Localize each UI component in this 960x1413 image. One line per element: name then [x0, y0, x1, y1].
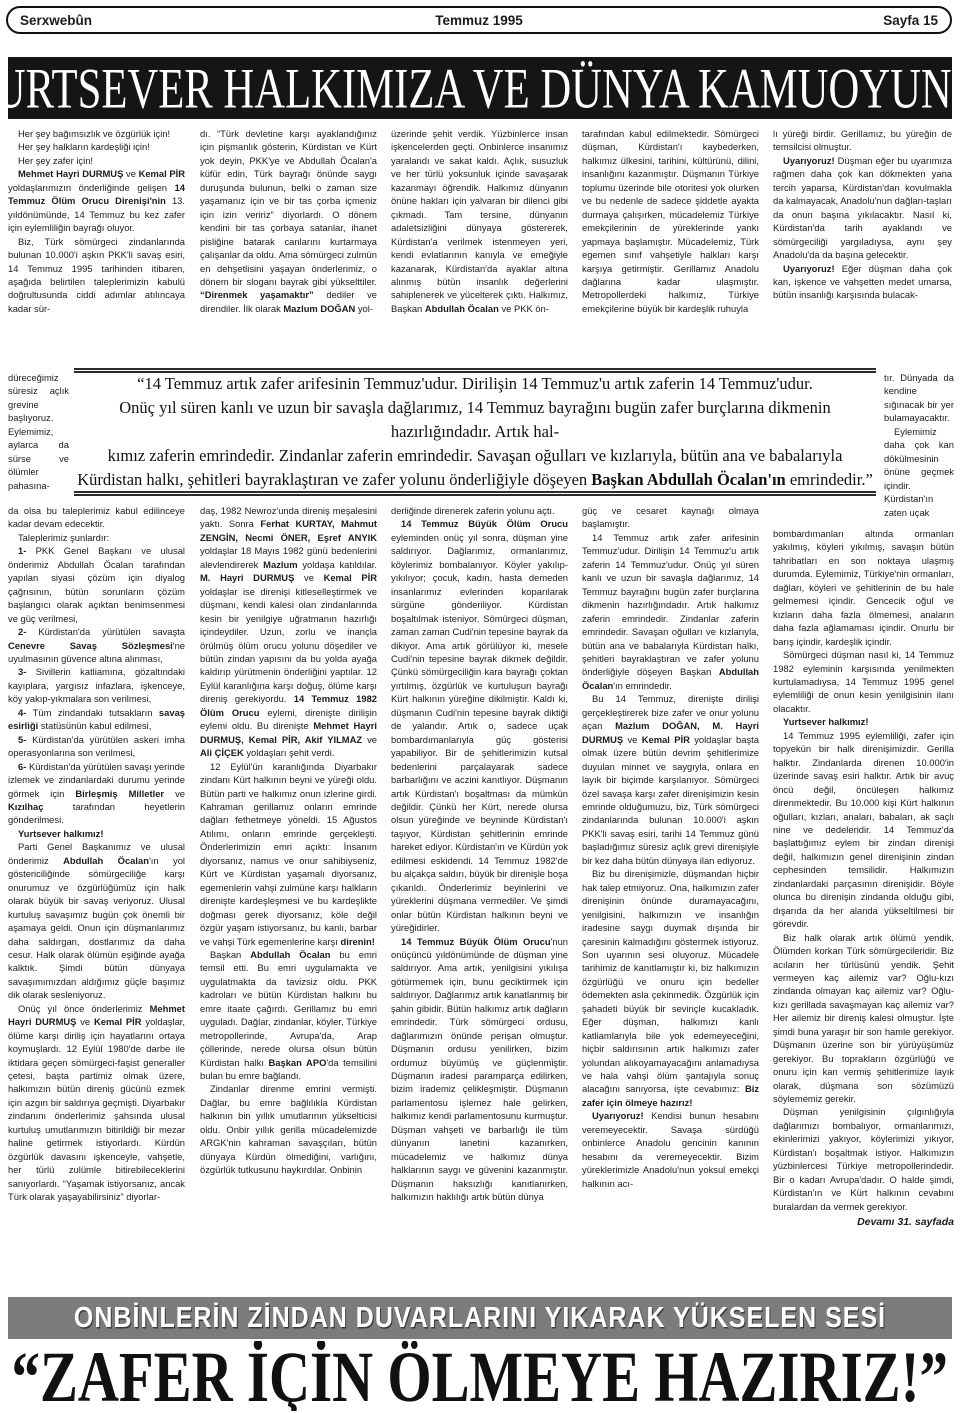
- article-col3-top: üzerinde şehit verdik. Yüzbinlerce insan…: [391, 127, 568, 368]
- headline-band: YURTSEVER HALKIMIZA VE DÜNYA KAMUOYUNA!: [8, 57, 952, 119]
- footer-kicker-text: ONBİNLERİN ZİNDAN DUVARLARINI YIKARAK YÜ…: [74, 1301, 886, 1334]
- article-col4-bottom: güç ve cesaret kaynağı olmaya başlamıştı…: [582, 504, 759, 1296]
- article-col2-top: dı. “Türk devletine karşı ayaklandığınız…: [200, 127, 377, 368]
- pull-quote-box: “14 Temmuz artık zafer arifesinin Temmuz…: [74, 368, 876, 496]
- continued-on-page-note: Devamı 31. sayfada: [773, 1216, 954, 1229]
- article-col1-strip: düreceğimiz süresiz açlık grevine başlıy…: [8, 371, 69, 513]
- article-col5-bottom: bombardımanları altında ormanları yakılm…: [773, 527, 954, 1296]
- article-col1-top: Her şey bağımsızlık ve özgürlük için!Her…: [8, 127, 185, 368]
- article-col4-top: tarafından kabul edilmektedir. Sömürgeci…: [582, 127, 759, 368]
- article-col1-bottom: da olsa bu taleplerimiz kabul edilinceye…: [8, 504, 185, 1296]
- headline: YURTSEVER HALKIMIZA VE DÜNYA KAMUOYUNA!: [8, 57, 952, 119]
- newspaper-page: Serxwebûn Temmuz 1995 Sayfa 15 YURTSEVER…: [0, 0, 960, 1413]
- masthead-bar: Serxwebûn Temmuz 1995 Sayfa 15: [6, 6, 952, 34]
- footer-kicker-bar: ONBİNLERİN ZİNDAN DUVARLARINI YIKARAK YÜ…: [8, 1297, 952, 1339]
- article-col3-bottom: derliğinde direnerek zaferin yolunu açtı…: [391, 504, 568, 1296]
- article-col2-bottom: daş, 1982 Newroz'unda direniş meşalesini…: [200, 504, 377, 1296]
- masthead-date: Temmuz 1995: [8, 13, 950, 28]
- footer-slogan-text: “ZAFER İÇİN ÖLMEYE HAZIRIZ!”: [12, 1341, 948, 1411]
- footer-slogan: “ZAFER İÇİN ÖLMEYE HAZIRIZ!”: [0, 1341, 960, 1411]
- article-col5-text: bombardımanları altında ormanları yakılm…: [773, 527, 954, 1213]
- article-col5-strip: tır. Dünyada da kendine sığınacak bir ye…: [884, 371, 954, 523]
- article-col5-top: lı yüreği birdir. Gerillamız, bu yüreğin…: [773, 127, 952, 368]
